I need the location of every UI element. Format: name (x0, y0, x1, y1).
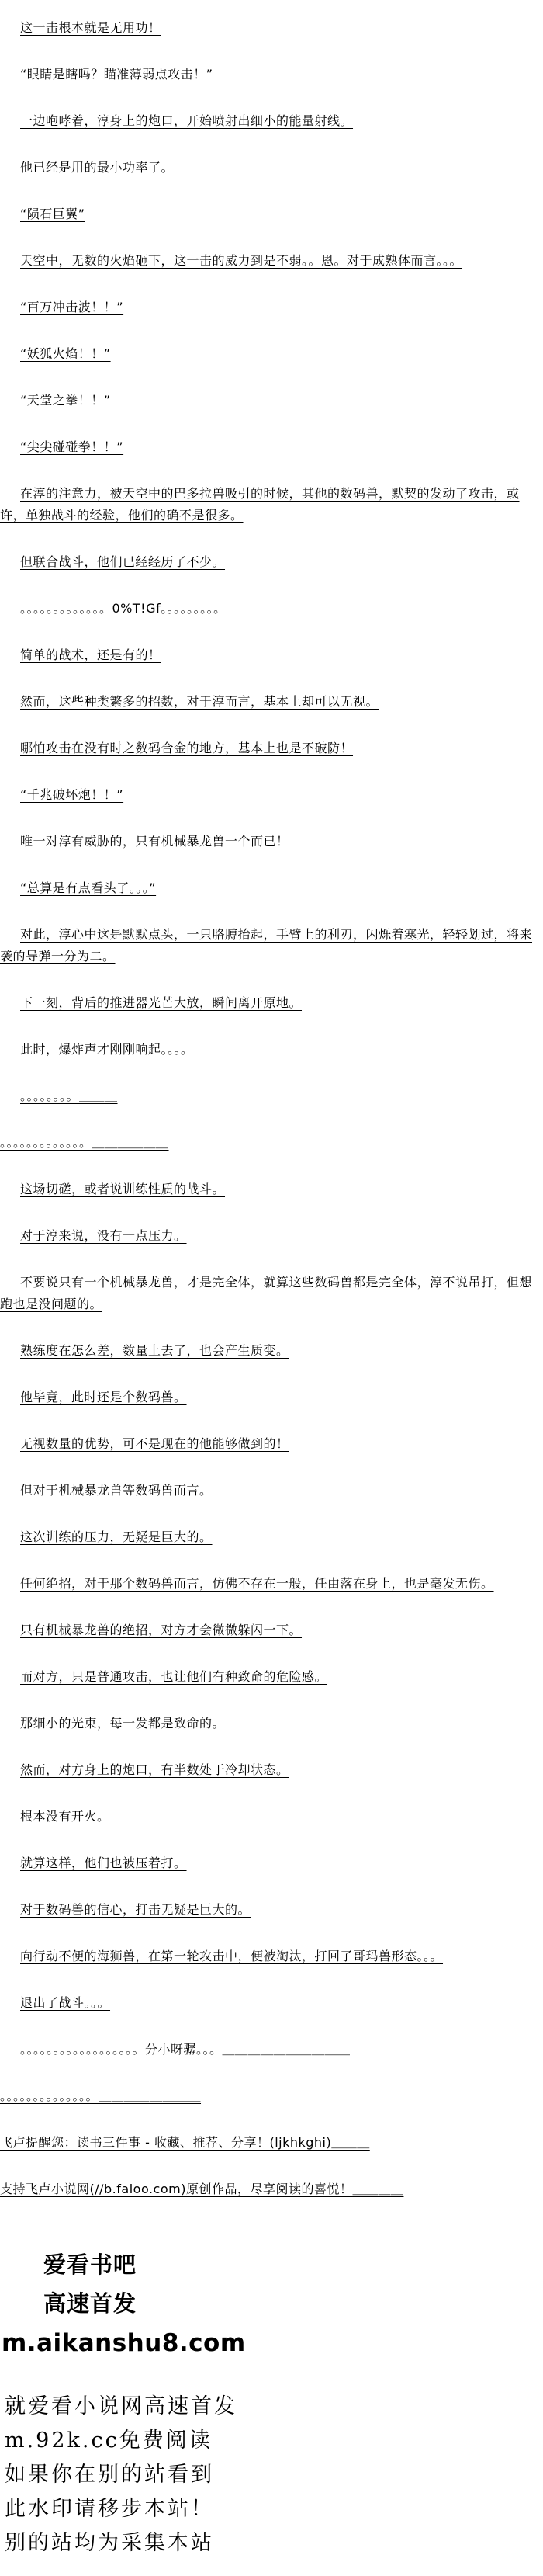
paragraph: 天空中，无数的火焰砸下，这一击的威力到是不弱。。恩。对于成熟体而言。。。 (0, 250, 537, 272)
paragraph: 然而，对方身上的炮口，有半数处于冷却状态。 (0, 1759, 537, 1781)
paragraph: 任何绝招，对于那个数码兽而言，仿佛不存在一般，任由落在身上，也是毫发无伤。 (0, 1573, 537, 1595)
paragraph: “妖狐火焰！！” (0, 343, 537, 365)
paragraph: “尖尖碰碰拳！！” (0, 436, 537, 458)
paragraph: 这次训练的压力，无疑是巨大的。 (0, 1526, 537, 1548)
paragraph: “眼睛是瞎吗？瞄准薄弱点攻击！” (0, 64, 537, 85)
paragraph: 不要说只有一个机械暴龙兽，才是完全体，就算这些数码兽都是完全体，淳不说吊打，但想… (0, 1272, 537, 1315)
paragraph: 那细小的光束，每一发都是致命的。 (0, 1713, 537, 1734)
paragraph: 飞卢提醒您：读书三件事 - 收藏、推荐、分享！(ljkhkghi)＿＿＿ (0, 2132, 537, 2154)
paragraph: 简单的战术，还是有的！ (0, 644, 537, 666)
article-body: 这一击根本就是无用功！“眼睛是瞎吗？瞄准薄弱点攻击！”一边咆哮着，淳身上的炮口，… (0, 0, 543, 2200)
paragraph: 但联合战斗，他们已经经历了不少。 (0, 551, 537, 573)
paragraph: 在淳的注意力，被天空中的巴多拉兽吸引的时候，其他的数码兽，默契的发动了攻击，或许… (0, 483, 537, 526)
paragraph: 。。。。。。。。。。。。。0%T!Gf。。。。。。。。。 (0, 598, 537, 620)
paragraph: “总算是有点看头了。。。” (0, 877, 537, 899)
watermark-block: 就爱看小说网高速首发m.92k.cc免费阅读如果你在别的站看到此水印请移步本站！… (0, 2363, 543, 2576)
paragraph: 。。。。。。。。。。。。。＿＿＿＿＿＿ (0, 1132, 537, 1154)
paragraph: 根本没有开火。 (0, 1806, 537, 1828)
paragraph: 。。。。。。。。。。。。。。。。。。分小呀骣。。。＿＿＿＿＿＿＿＿＿＿ (0, 2039, 537, 2060)
paragraph: 对于淳来说，没有一点压力。 (0, 1225, 537, 1247)
paragraph: “千兆破坏炮！！” (0, 784, 537, 806)
paragraph: “陨石巨翼” (0, 203, 537, 225)
novel-reader-page: 这一击根本就是无用功！“眼睛是瞎吗？瞄准薄弱点攻击！”一边咆哮着，淳身上的炮口，… (0, 0, 543, 2576)
paragraph: 无视数量的优势，可不是现在的他能够做到的！ (0, 1433, 537, 1455)
paragraph: 而对方，只是普通攻击，也让他们有种致命的危险感。 (0, 1666, 537, 1688)
paragraph: 退出了战斗。。。 (0, 1992, 537, 2014)
paragraph: 哪怕攻击在没有时之数码合金的地方，基本上也是不破防！ (0, 738, 537, 759)
promo-block: 爱看书吧 高速首发 m.aikanshu8.com (0, 2225, 543, 2363)
paragraph: 一边咆哮着，淳身上的炮口，开始喷射出细小的能量射线。 (0, 110, 537, 132)
paragraph: 然而，这些种类繁多的招数，对于淳而言，基本上却可以无视。 (0, 691, 537, 713)
paragraph: “天堂之拳！！” (0, 390, 537, 411)
paragraph: 就算这样，他们也被压着打。 (0, 1852, 537, 1874)
paragraph: 唯一对淳有威胁的，只有机械暴龙兽一个而已！ (0, 831, 537, 852)
paragraph: 熟练度在怎么差，数量上去了，也会产生质变。 (0, 1340, 537, 1362)
promo-tagline: 高速首发 (0, 2284, 543, 2323)
watermark-line: 别的站均为采集本站 (5, 2526, 543, 2560)
paragraph: 他毕竟，此时还是个数码兽。 (0, 1387, 537, 1408)
paragraph: 这一击根本就是无用功！ (0, 17, 537, 39)
paragraph: 。。。。。。。。。。。。。。＿＿＿＿＿＿＿＿ (0, 2085, 537, 2107)
watermark-line: 就爱看小说网高速首发 (5, 2390, 543, 2424)
watermark-line: m.92k.cc免费阅读 (5, 2424, 543, 2458)
promo-url: m.aikanshu8.com (0, 2323, 543, 2363)
paragraph: 他已经是用的最小功率了。 (0, 157, 537, 179)
paragraph: 对于数码兽的信心，打击无疑是巨大的。 (0, 1899, 537, 1921)
watermark-line: 此水印请移步本站！ (5, 2492, 543, 2526)
paragraph: 支持飞卢小说网(//b.faloo.com)原创作品，尽享阅读的喜悦！＿＿＿＿ (0, 2178, 537, 2200)
paragraph: 只有机械暴龙兽的绝招，对方才会微微躲闪一下。 (0, 1620, 537, 1641)
promo-site-name: 爱看书吧 (0, 2245, 543, 2284)
paragraph: 向行动不便的海狮兽，在第一轮攻击中，便被淘汰，打回了哥玛兽形态。。。 (0, 1946, 537, 1967)
paragraph: 。。。。。。。。＿＿＿ (0, 1085, 537, 1107)
paragraph: 但对于机械暴龙兽等数码兽而言。 (0, 1480, 537, 1502)
paragraph: 此时，爆炸声才刚刚响起。。。。 (0, 1039, 537, 1061)
paragraph: “百万冲击波！！” (0, 297, 537, 318)
paragraph: 下一刻，背后的推进器光芒大放，瞬间离开原地。 (0, 992, 537, 1014)
paragraph: 对此，淳心中这是默默点头，一只胳膊抬起，手臂上的利刃，闪烁着寒光，轻轻划过，将来… (0, 924, 537, 967)
watermark-line: 如果你在别的站看到 (5, 2458, 543, 2492)
paragraph: 这场切磋，或者说训练性质的战斗。 (0, 1179, 537, 1200)
